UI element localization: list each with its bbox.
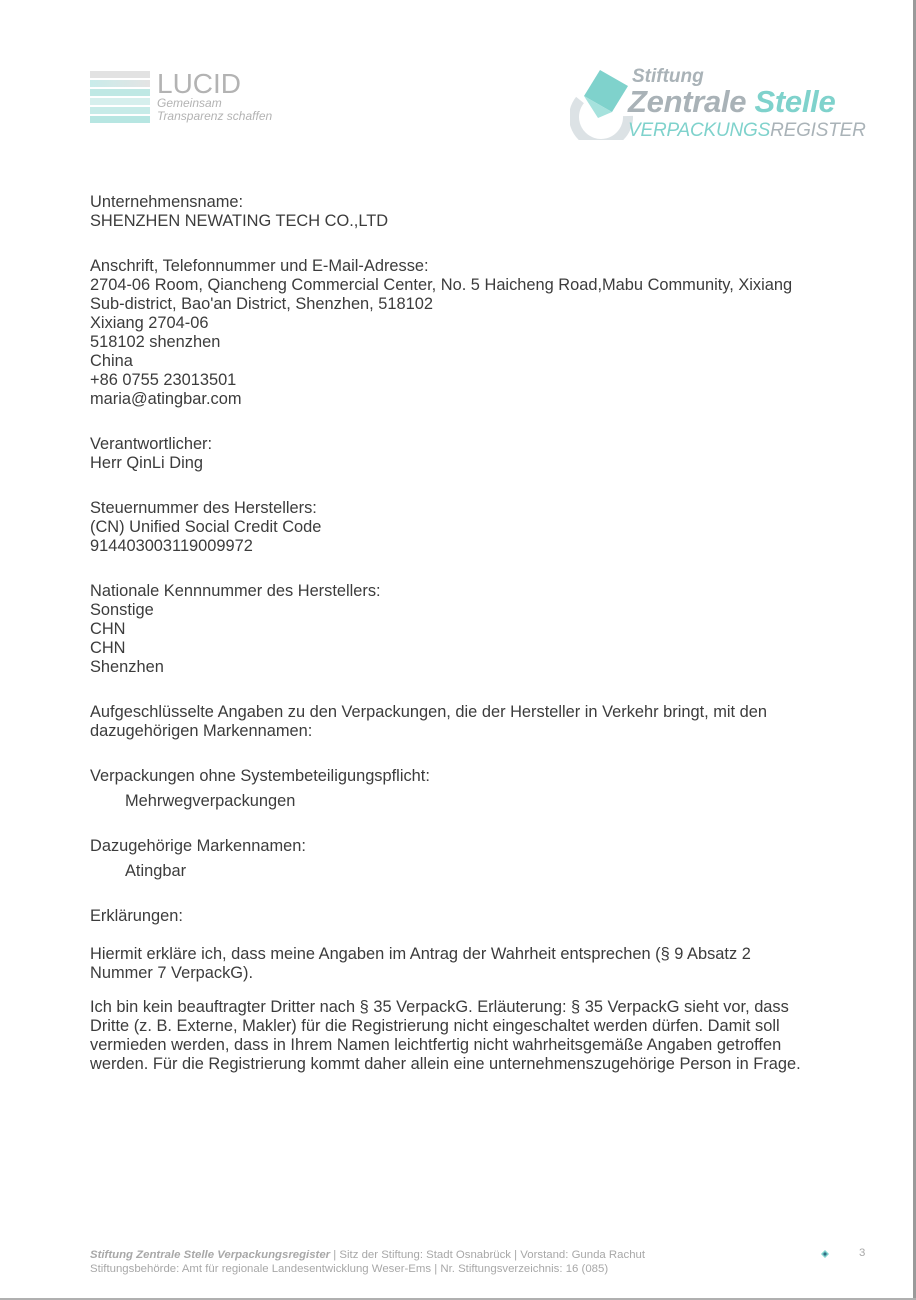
zsvr-stelle: Stelle: [755, 84, 836, 119]
zsvr-register: REGISTER: [770, 120, 866, 141]
responsible-section: Verantwortlicher: Herr QinLi Ding: [90, 435, 860, 473]
zsvr-emblem-icon: [570, 66, 634, 140]
brands-section: Dazugehörige Markennamen: Atingbar: [90, 837, 860, 881]
page-footer: Stiftung Zentrale Stelle Verpackungsregi…: [90, 1248, 645, 1276]
zsvr-verpackungsregister-text: VERPACKUNGSREGISTER: [628, 120, 866, 142]
zsvr-verpackungs: VERPACKUNGS: [628, 120, 770, 141]
tax-label: Steuernummer des Herstellers:: [90, 499, 860, 518]
footer-line-2: Stiftungsbehörde: Amt für regionale Land…: [90, 1262, 645, 1276]
national-id-label: Nationale Kennnummer des Herstellers:: [90, 582, 860, 601]
declaration-line: Hiermit erkläre ich, dass meine Angaben …: [90, 945, 860, 964]
declaration-line: Dritte (z. B. Externe, Makler) für die R…: [90, 1017, 860, 1036]
address-label: Anschrift, Telefonnummer und E-Mail-Adre…: [90, 257, 860, 276]
brand-name: Atingbar: [90, 862, 860, 881]
address-line: Sub-district, Bao'an District, Shenzhen,…: [90, 295, 860, 314]
footer-diamond-icon: [821, 1250, 829, 1258]
lucid-logo: LUCID Gemeinsam Transparenz schaffen: [90, 68, 290, 130]
phone-number: +86 0755 23013501: [90, 371, 860, 390]
declaration-line: Ich bin kein beauftragter Dritter nach §…: [90, 998, 860, 1017]
packaging-type-label: Verpackungen ohne Systembeteiligungspfli…: [90, 767, 860, 786]
tax-section: Steuernummer des Herstellers: (CN) Unifi…: [90, 499, 860, 556]
footer-org-name: Stiftung Zentrale Stelle Verpackungsregi…: [90, 1249, 330, 1261]
packaging-intro-line: dazugehörigen Markennamen:: [90, 722, 860, 741]
brands-label: Dazugehörige Markennamen:: [90, 837, 860, 856]
declaration-paragraph-2: Ich bin kein beauftragter Dritter nach §…: [90, 998, 860, 1074]
address-country: China: [90, 352, 860, 371]
packaging-intro: Aufgeschlüsselte Angaben zu den Verpacku…: [90, 703, 860, 741]
address-section: Anschrift, Telefonnummer und E-Mail-Adre…: [90, 257, 860, 409]
footer-line-1: Stiftung Zentrale Stelle Verpackungsregi…: [90, 1248, 645, 1262]
zsvr-zentrale: Zentrale: [628, 84, 755, 119]
address-line: 2704-06 Room, Qiancheng Commercial Cente…: [90, 276, 860, 295]
declaration-line: Nummer 7 VerpackG).: [90, 964, 860, 983]
packaging-type-section: Verpackungen ohne Systembeteiligungspfli…: [90, 767, 860, 811]
declarations-heading-block: Erklärungen:: [90, 907, 860, 926]
national-id-line: Shenzhen: [90, 658, 860, 677]
tax-type: (CN) Unified Social Credit Code: [90, 518, 860, 537]
declaration-line: vermieden werden, dass in Ihrem Namen le…: [90, 1036, 860, 1055]
zsvr-zentrale-stelle-text: Zentrale Stelle: [628, 84, 835, 120]
document-body: Unternehmensname: SHENZHEN NEWATING TECH…: [90, 193, 860, 1100]
tax-number: 914403003119009972: [90, 537, 860, 556]
page-number: 3: [859, 1247, 865, 1259]
declaration-paragraph-1: Hiermit erkläre ich, dass meine Angaben …: [90, 945, 860, 983]
declaration-line: werden. Für die Registrierung kommt dahe…: [90, 1055, 860, 1074]
company-label: Unternehmensname:: [90, 193, 860, 212]
national-id-line: Sonstige: [90, 601, 860, 620]
national-id-line: CHN: [90, 620, 860, 639]
responsible-label: Verantwortlicher:: [90, 435, 860, 454]
email-address: maria@atingbar.com: [90, 390, 860, 409]
company-name: SHENZHEN NEWATING TECH CO.,LTD: [90, 212, 860, 231]
lucid-stack-icon: [90, 68, 152, 126]
address-line: 518102 shenzhen: [90, 333, 860, 352]
packaging-type-value: Mehrwegverpackungen: [90, 792, 860, 811]
declarations-label: Erklärungen:: [90, 907, 860, 926]
packaging-intro-line: Aufgeschlüsselte Angaben zu den Verpacku…: [90, 703, 860, 722]
zsvr-logo: Stiftung Zentrale Stelle VERPACKUNGSREGI…: [570, 66, 870, 146]
lucid-tagline-2: Transparenz schaffen: [157, 110, 272, 123]
footer-line-1-rest: | Sitz der Stiftung: Stadt Osnabrück | V…: [330, 1249, 645, 1261]
company-section: Unternehmensname: SHENZHEN NEWATING TECH…: [90, 193, 860, 231]
address-line: Xixiang 2704-06: [90, 314, 860, 333]
national-id-line: CHN: [90, 639, 860, 658]
national-id-section: Nationale Kennnummer des Herstellers: So…: [90, 582, 860, 677]
responsible-name: Herr QinLi Ding: [90, 454, 860, 473]
